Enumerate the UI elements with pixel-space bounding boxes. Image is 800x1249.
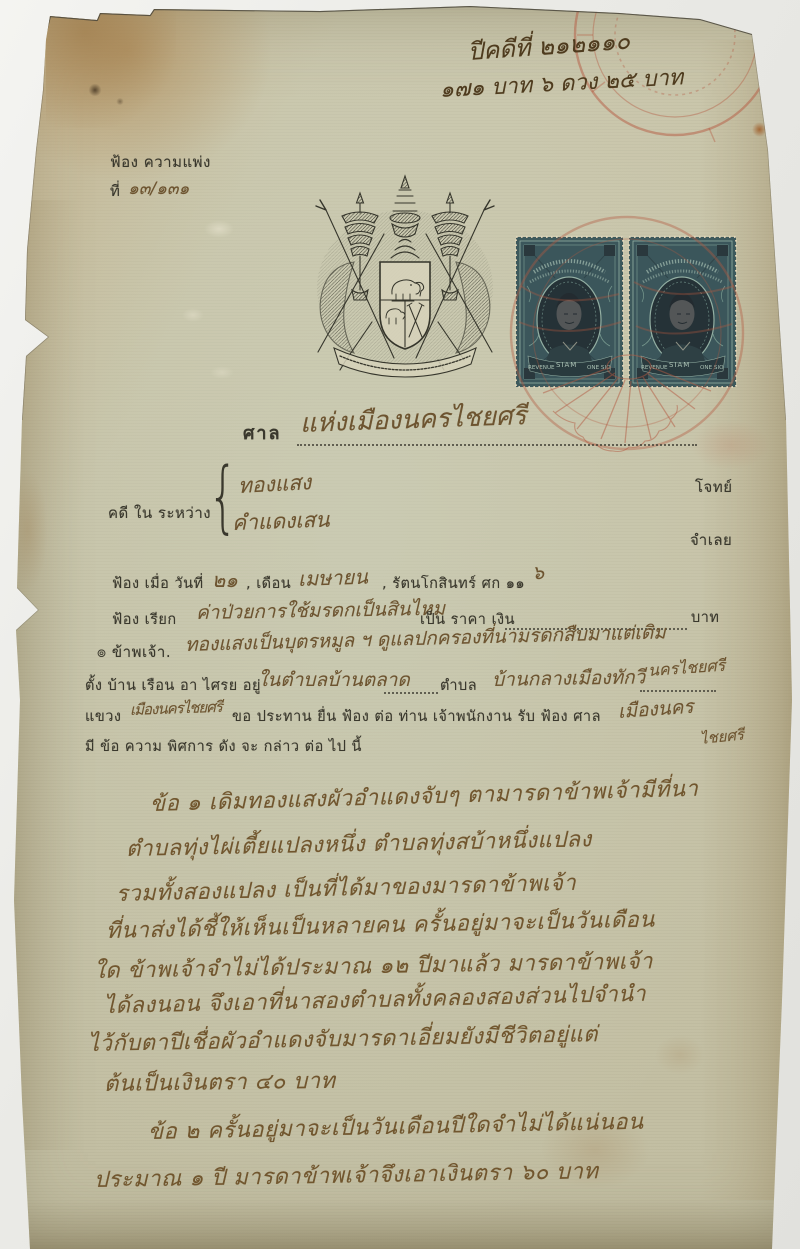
paper-sheet: REVENUE SIAM ONE SIO REVENUE SIAM xyxy=(0,0,800,1249)
torn-edge xyxy=(0,0,800,1249)
scanned-legal-document-page: { "colors": { "paper": "#c9c5aa", "print… xyxy=(0,0,800,1249)
